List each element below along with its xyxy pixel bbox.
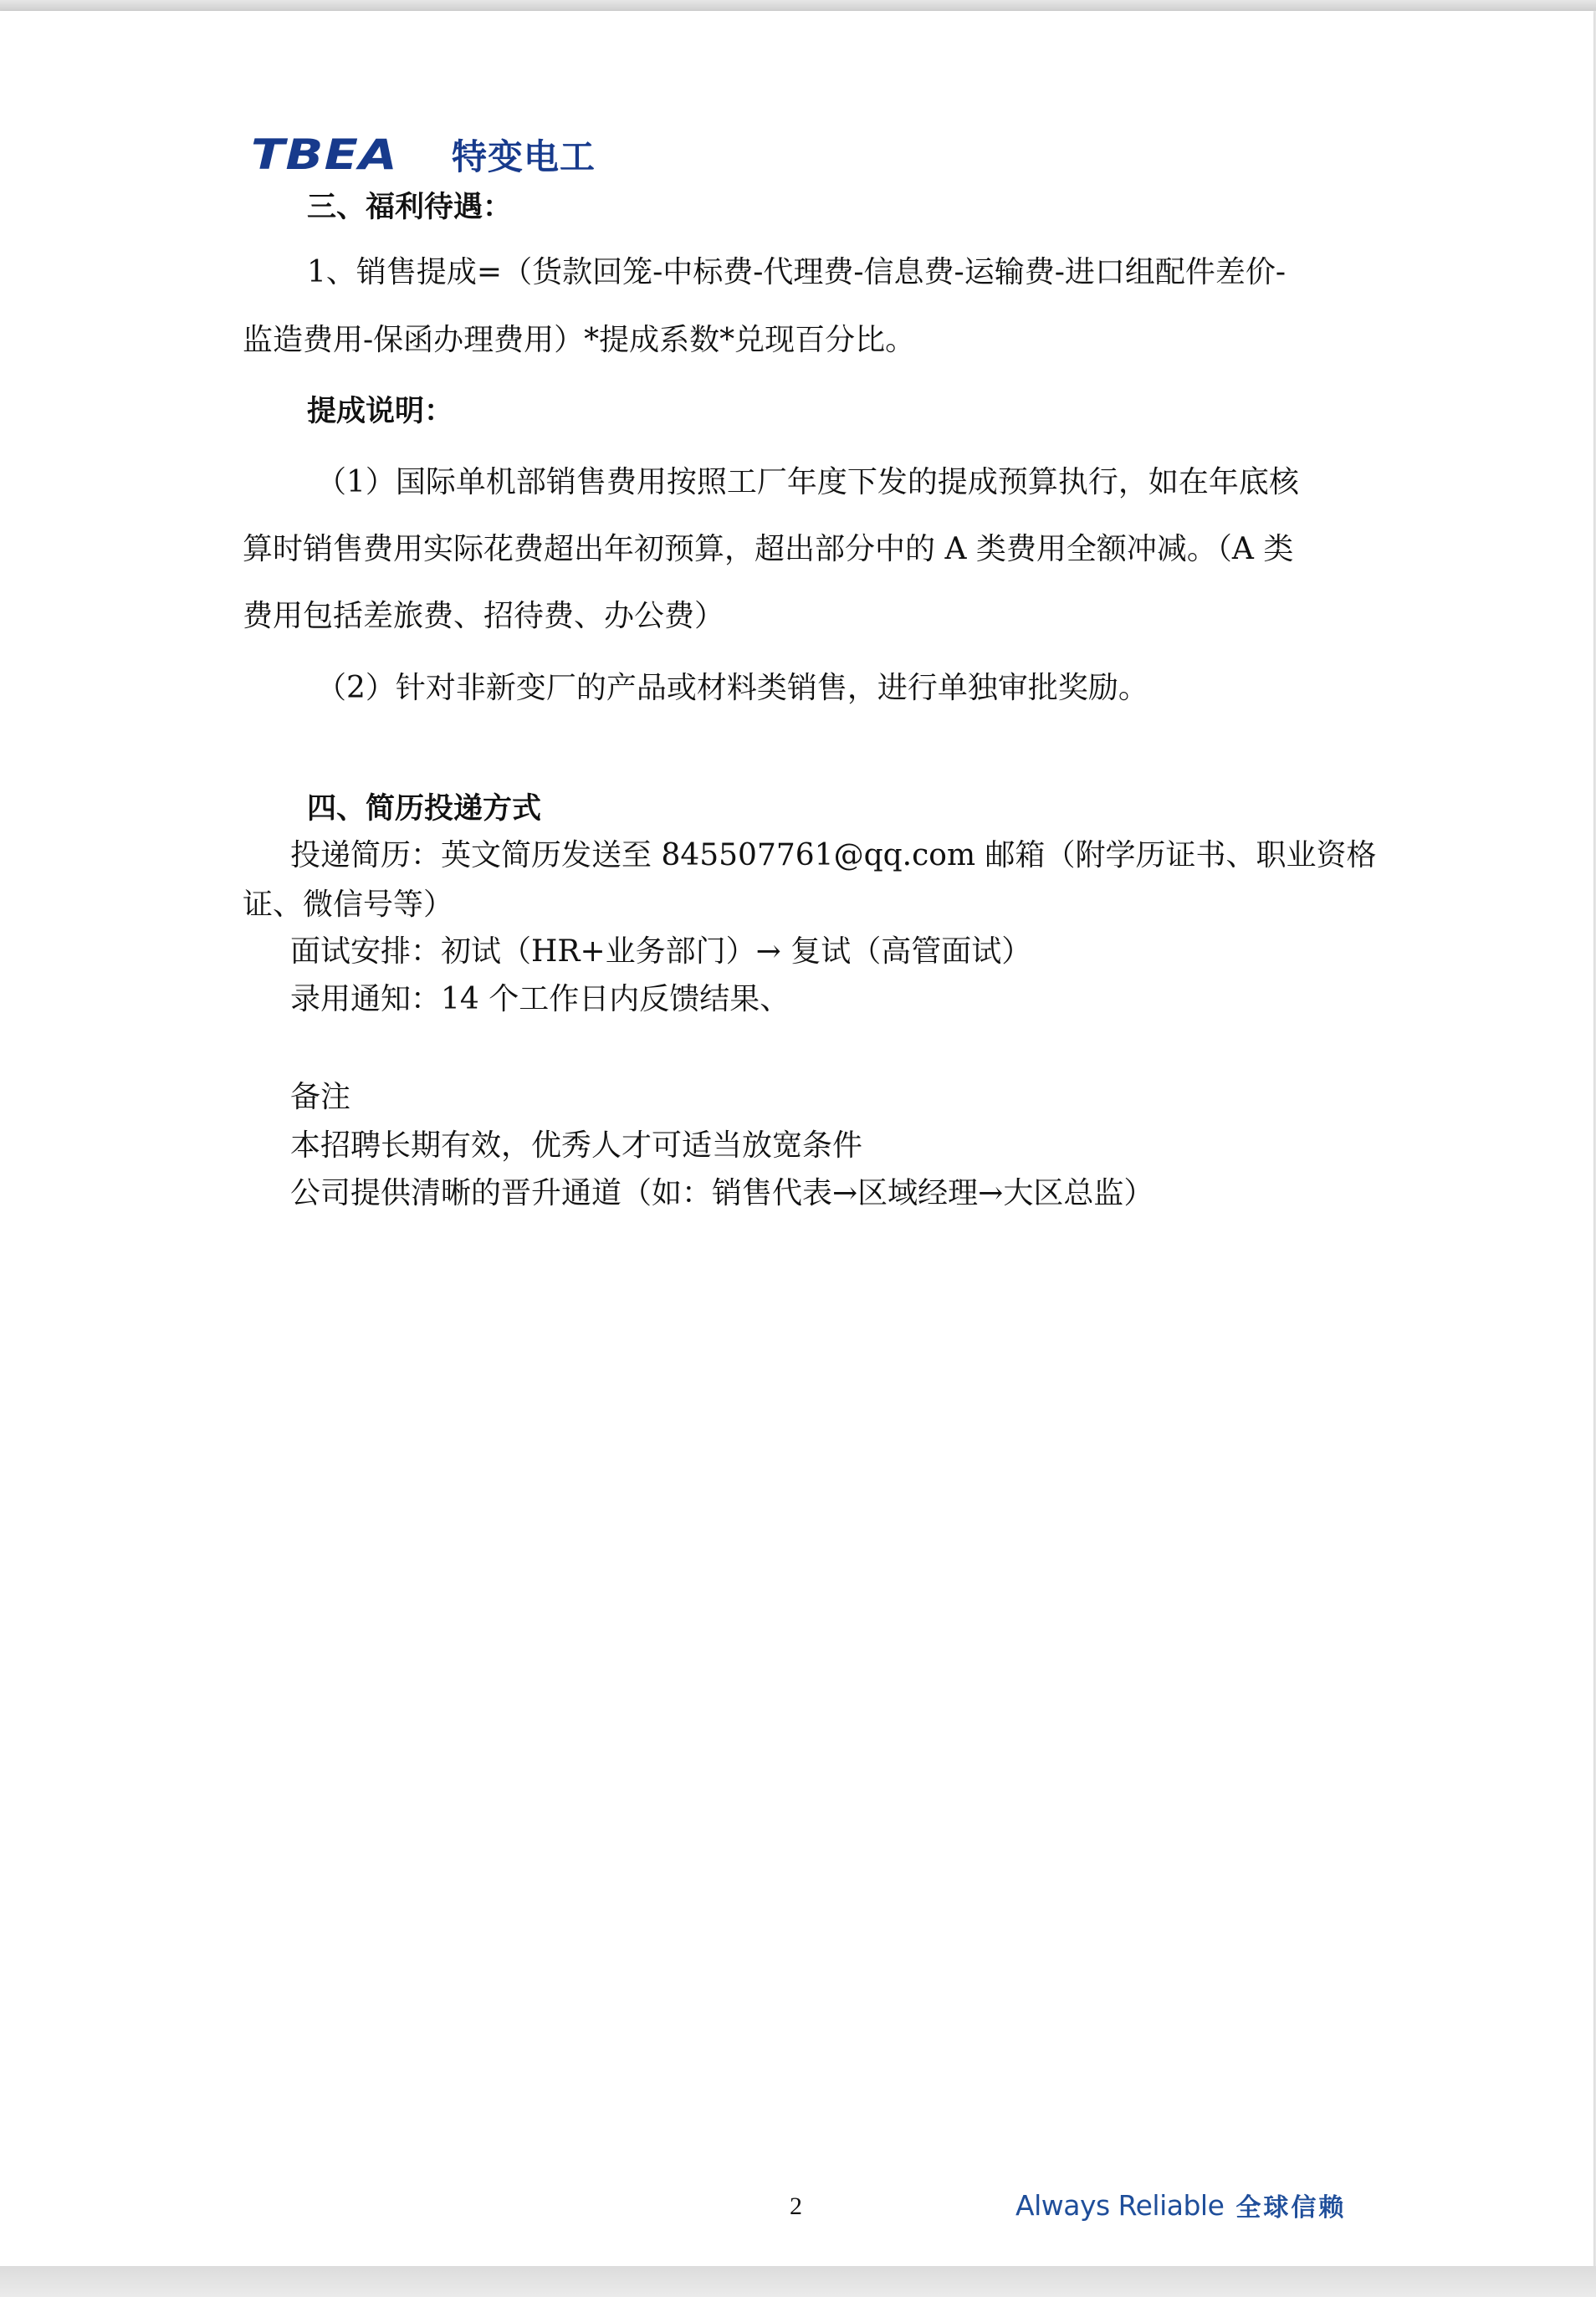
slogan-text-cn: 全球信赖: [1235, 2187, 1346, 2223]
section-4-heading: 四、简历投递方式: [307, 790, 541, 827]
remarks-heading: 备注: [290, 1079, 350, 1116]
slogan-text-en: Always Reliable: [1015, 2189, 1224, 2222]
note-1-line-1: （1）国际单机部销售费用按照工厂年度下发的提成预算执行，如在年底核: [316, 464, 1299, 501]
commission-explanation-heading: 提成说明：: [307, 393, 453, 430]
remarks-line-2: 公司提供清晰的晋升通道（如：销售代表→区域经理→大区总监）: [290, 1175, 1154, 1212]
commission-formula-line-2: 监造费用-保函办理费用）*提成系数*兑现百分比。: [243, 322, 915, 359]
viewer-bottom-edge: [0, 2266, 1596, 2297]
resume-submission-line-1: 投递简历：英文简历发送至 845507761@qq.com 邮箱（附学历证书、职…: [290, 837, 1377, 874]
note-2: （2）针对非新变厂的产品或材料类销售，进行单独审批奖励。: [316, 670, 1148, 707]
resume-submission-line-2: 证、微信号等）: [243, 887, 453, 923]
viewer-top-edge: [0, 0, 1596, 11]
footer-slogan: Always Reliable 全球信赖: [1015, 2186, 1346, 2224]
note-1-line-3: 费用包括差旅费、招待费、办公费）: [243, 598, 724, 635]
section-3-heading: 三、福利待遇：: [307, 189, 512, 226]
company-logo: TBEA 特变电工: [251, 133, 596, 176]
page-number: 2: [790, 2190, 802, 2223]
commission-formula-line-1: 1、销售提成=（货款回笼-中标费-代理费-信息费-运输费-进口组配件差价-: [307, 254, 1286, 291]
interview-arrangement: 面试安排：初试（HR+业务部门）→ 复试（高管面试）: [290, 934, 1031, 970]
offer-notice: 录用通知：14 个工作日内反馈结果、: [290, 981, 790, 1018]
document-page: TBEA 特变电工 三、福利待遇： 1、销售提成=（货款回笼-中标费-代理费-信…: [0, 11, 1593, 2266]
remarks-line-1: 本招聘长期有效，优秀人才可适当放宽条件: [290, 1128, 862, 1164]
note-1-line-2: 算时销售费用实际花费超出年初预算，超出部分中的 A 类费用全额冲减。（A 类: [243, 531, 1293, 568]
logo-text-en: TBEA: [251, 130, 480, 179]
